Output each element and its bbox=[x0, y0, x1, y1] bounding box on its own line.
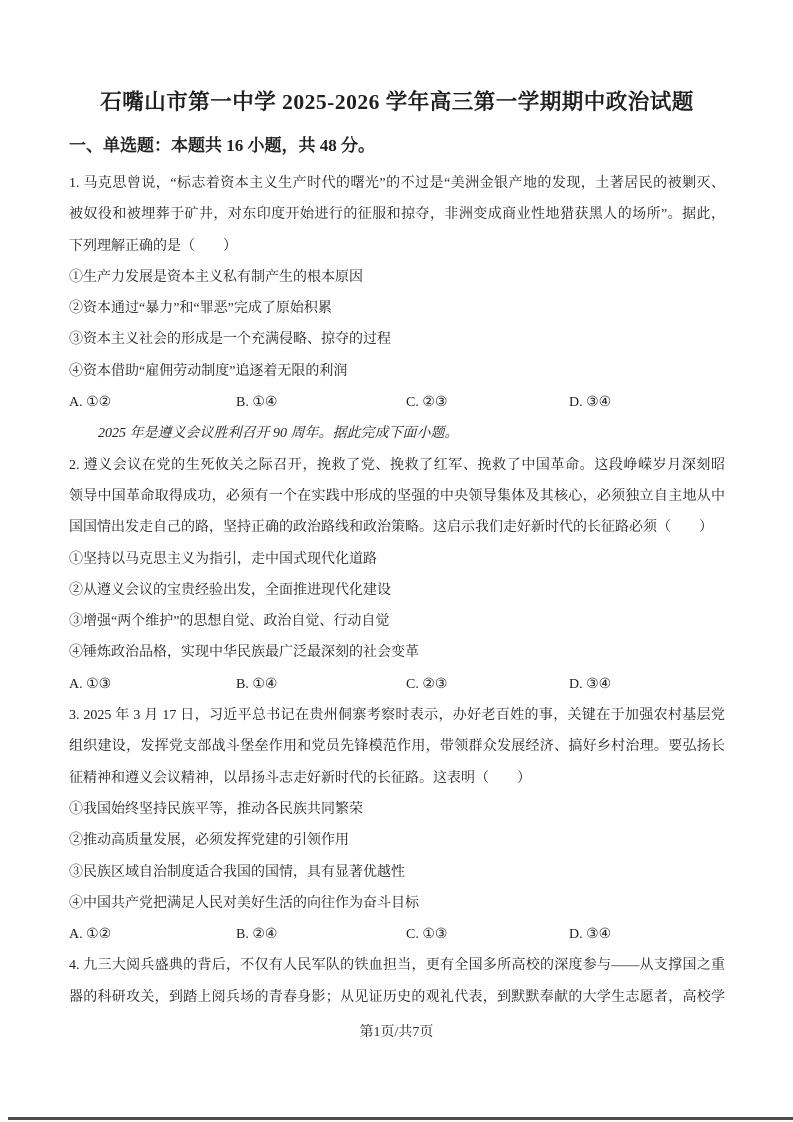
q3-options-row: A. ①② B. ②④ C. ①③ D. ③④ bbox=[69, 919, 725, 950]
q1-option-a: A. ①② bbox=[69, 387, 236, 418]
page-content: 石嘴山市第一中学 2025-2026 学年高三第一学期期中政治试题 一、单选题：… bbox=[69, 0, 725, 1013]
q2-stem-line: 2. 遵义会议在党的生死攸关之际召开，挽救了党、挽救了红军、挽救了中国革命。这段… bbox=[69, 450, 725, 481]
q3-option-a: A. ①② bbox=[69, 919, 236, 950]
q3-stem-line: 征精神和遵义会议精神，以昂扬斗志走好新时代的长征路。这表明（ ） bbox=[69, 763, 725, 794]
q1-stem-line: 1. 马克思曾说，“标志着资本主义生产时代的曙光”的不过是“美洲金银产地的发现，… bbox=[69, 168, 725, 199]
q3-choice-3: ③民族区域自治制度适合我国的国情，具有显著优越性 bbox=[69, 857, 725, 888]
q1-option-c: C. ②③ bbox=[406, 387, 569, 418]
q1-choice-3: ③资本主义社会的形成是一个充满侵略、掠夺的过程 bbox=[69, 324, 725, 355]
q1-options-row: A. ①② B. ①④ C. ②③ D. ③④ bbox=[69, 387, 725, 418]
q3-choice-1: ①我国始终坚持民族平等，推动各民族共同繁荣 bbox=[69, 794, 725, 825]
q2-option-d: D. ③④ bbox=[569, 669, 725, 700]
section-heading: 一、单选题：本题共 16 小题，共 48 分。 bbox=[69, 137, 725, 155]
q3-option-c: C. ①③ bbox=[406, 919, 569, 950]
q1-stem-line: 下列理解正确的是（ ） bbox=[69, 231, 725, 262]
q2-options-row: A. ①③ B. ①④ C. ②③ D. ③④ bbox=[69, 669, 725, 700]
q1-option-d: D. ③④ bbox=[569, 387, 725, 418]
q1-option-b: B. ①④ bbox=[236, 387, 406, 418]
q4-stem-line: 器的科研攻关，到踏上阅兵场的青春身影；从见证历史的观礼代表，到默默奉献的大学生志… bbox=[69, 982, 725, 1013]
q4-stem-line: 4. 九三大阅兵盛典的背后，不仅有人民军队的铁血担当，更有全国多所高校的深度参与… bbox=[69, 950, 725, 981]
q3-option-b: B. ②④ bbox=[236, 919, 406, 950]
q2-choice-4: ④锤炼政治品格，实现中华民族最广泛最深刻的社会变革 bbox=[69, 637, 725, 668]
q1-choice-2: ②资本通过“暴力”和“罪恶”完成了原始积累 bbox=[69, 293, 725, 324]
questions-body: 1. 马克思曾说，“标志着资本主义生产时代的曙光”的不过是“美洲金银产地的发现，… bbox=[69, 168, 725, 1013]
q2-stem-line: 国国情出发走自己的路，坚持正确的政治路线和政治策略。这启示我们走好新时代的长征路… bbox=[69, 512, 725, 543]
q3-option-d: D. ③④ bbox=[569, 919, 725, 950]
q2-choice-1: ①坚持以马克思主义为指引，走中国式现代化道路 bbox=[69, 544, 725, 575]
page-title: 石嘴山市第一中学 2025-2026 学年高三第一学期期中政治试题 bbox=[69, 0, 725, 114]
question-group-intro: 2025 年是遵义会议胜利召开 90 周年。据此完成下面小题。 bbox=[69, 418, 725, 449]
q1-stem-line: 被奴役和被埋葬于矿井，对东印度开始进行的征服和掠夺，非洲变成商业性地猎获黑人的场… bbox=[69, 199, 725, 230]
page-number-indicator: 第1页/共7页 bbox=[0, 1024, 793, 1042]
q2-choice-3: ③增强“两个维护”的思想自觉、政治自觉、行动自觉 bbox=[69, 606, 725, 637]
q3-choice-4: ④中国共产党把满足人民对美好生活的向往作为奋斗目标 bbox=[69, 888, 725, 919]
q2-stem-line: 领导中国革命取得成功，必须有一个在实践中形成的坚强的中央领导集体及其核心，必须独… bbox=[69, 481, 725, 512]
q2-choice-2: ②从遵义会议的宝贵经验出发，全面推进现代化建设 bbox=[69, 575, 725, 606]
q2-option-a: A. ①③ bbox=[69, 669, 236, 700]
exam-page: 石嘴山市第一中学 2025-2026 学年高三第一学期期中政治试题 一、单选题：… bbox=[0, 0, 793, 1122]
q3-stem-line: 组织建设，发挥党支部战斗堡垒作用和党员先锋模范作用，带领群众发展经济、搞好乡村治… bbox=[69, 731, 725, 762]
q2-option-b: B. ①④ bbox=[236, 669, 406, 700]
q1-choice-4: ④资本借助“雇佣劳动制度”追逐着无限的利润 bbox=[69, 356, 725, 387]
q3-choice-2: ②推动高质量发展，必须发挥党建的引领作用 bbox=[69, 825, 725, 856]
bottom-page-divider bbox=[8, 1117, 793, 1120]
q1-choice-1: ①生产力发展是资本主义私有制产生的根本原因 bbox=[69, 262, 725, 293]
q2-option-c: C. ②③ bbox=[406, 669, 569, 700]
q3-stem-line: 3. 2025 年 3 月 17 日，习近平总书记在贵州侗寨考察时表示，办好老百… bbox=[69, 700, 725, 731]
